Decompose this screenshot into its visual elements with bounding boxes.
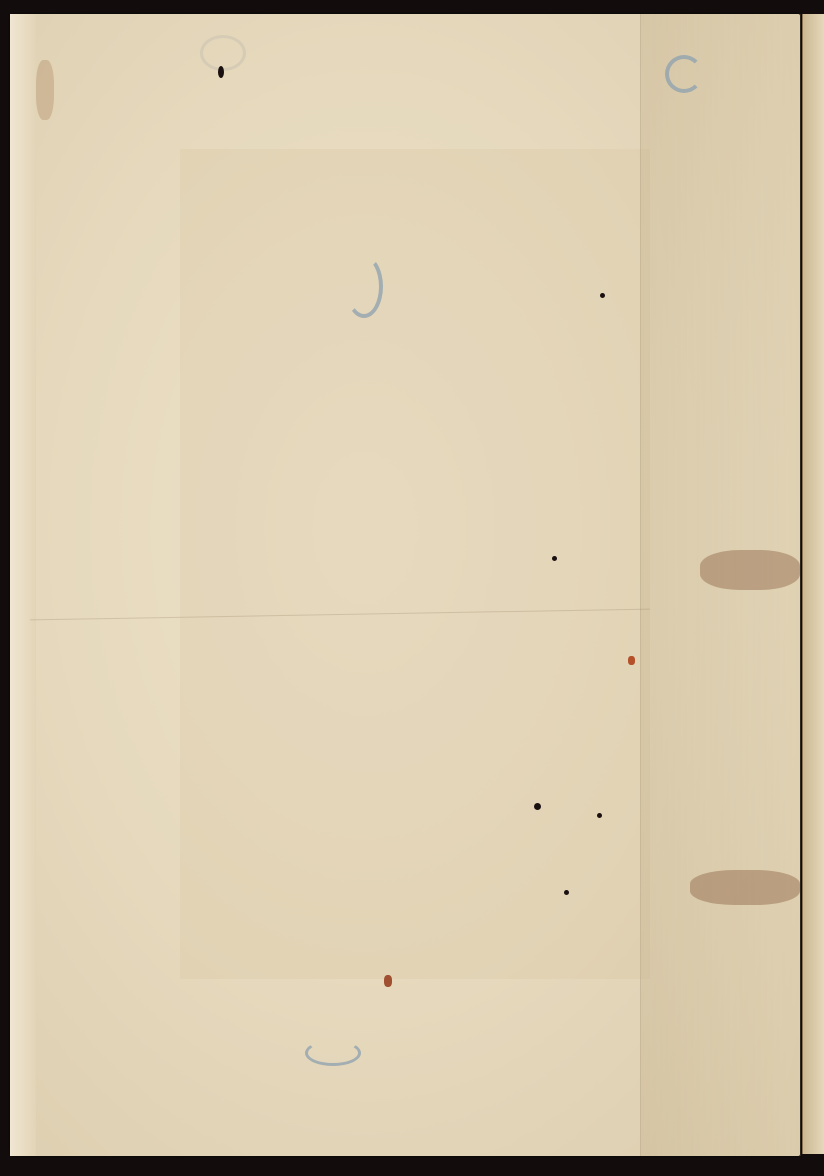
wormhole	[564, 890, 569, 895]
red-spot	[384, 975, 392, 987]
left-margin-fold	[10, 14, 36, 1156]
wormtrack-mark	[305, 1040, 361, 1066]
paper-panel	[180, 149, 650, 979]
water-stain	[690, 870, 800, 905]
wormhole	[552, 556, 557, 561]
edge-stain	[36, 60, 54, 120]
wormtrack-mark	[345, 255, 383, 318]
red-spot	[628, 656, 635, 665]
water-stain	[700, 550, 800, 590]
wormhole	[597, 813, 602, 818]
adjacent-leaf-edge	[802, 14, 824, 1154]
wormhole	[534, 803, 541, 810]
wormhole	[218, 66, 224, 78]
wormtrack-mark	[665, 55, 703, 93]
manuscript-page	[10, 14, 800, 1156]
wormtrack-mark	[200, 35, 246, 71]
wormhole	[600, 293, 605, 298]
